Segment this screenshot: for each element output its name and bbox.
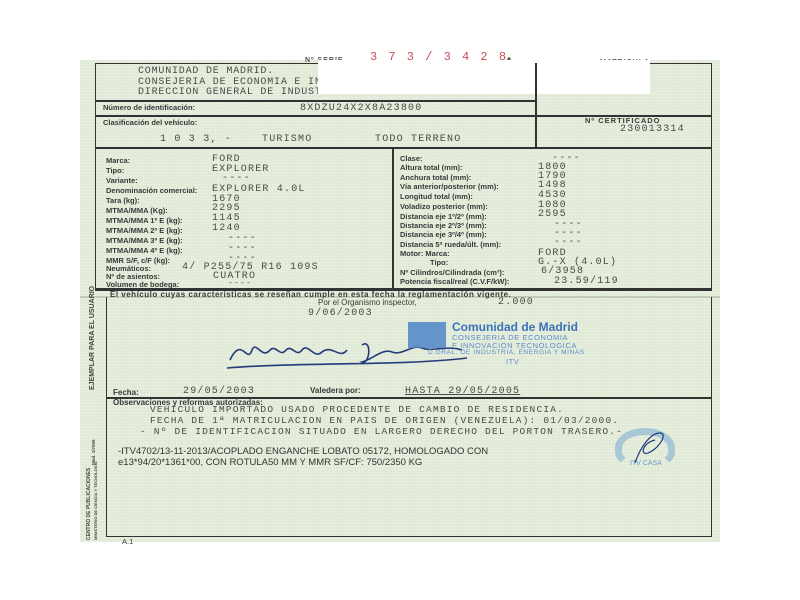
madrid-logo-icon <box>408 322 446 348</box>
divider <box>392 147 394 288</box>
field-label: Distancia eje 3º/4º (mm): <box>400 230 487 239</box>
inspector-code: 2.000 <box>498 297 534 308</box>
observation-line: VEHICULO IMPORTADO USADO PROCEDENTE DE C… <box>150 404 623 415</box>
itv-line: e13*94/20*1361*00, CON ROTULA50 MM Y MMR… <box>118 457 488 468</box>
field-label: Variante: <box>106 176 138 185</box>
field-label: Potencia fiscal/real (C.V.F/kW): <box>400 277 509 286</box>
observation-line: FECHA DE 1ª MATRICULACION EN PAIS DE ORI… <box>150 415 623 426</box>
field-label: Distancia 5ª rueda/últ. (mm): <box>400 240 501 249</box>
field-label: MTMA/MMA (Kg): <box>106 206 168 215</box>
certificate-value: 230013314 <box>620 124 685 135</box>
field-label: Longitud total (mm): <box>400 192 473 201</box>
itv-reform-text: -ITV4702/13-11-2013/ACOPLADO ENGANCHE LO… <box>118 446 488 468</box>
valedera-label: Valedera por: <box>310 386 361 395</box>
identification-label: Número de identificación: <box>103 103 195 112</box>
stamp-title: Comunidad de Madrid <box>452 320 578 334</box>
fecha-label: Fecha: <box>113 388 139 397</box>
footer-code: A.1 <box>122 537 133 546</box>
classification-type: TURISMO <box>262 134 312 145</box>
field-label: Distancia eje 2º/3º (mm): <box>400 221 487 230</box>
field-label: Volumen de bodega: <box>106 280 179 289</box>
divider <box>95 147 712 149</box>
identification-value: 8XDZU24X2X8A23800 <box>300 103 422 114</box>
field-label: Distancia eje 1º/2º (mm): <box>400 212 487 221</box>
itv-line: -ITV4702/13-11-2013/ACOPLADO ENGANCHE LO… <box>118 446 488 457</box>
field-label: Marca: <box>106 156 130 165</box>
classification-code: 1 0 3 3, - <box>160 134 232 145</box>
divider <box>535 63 537 147</box>
field-label: Denominación comercial: <box>106 186 197 195</box>
inspector-label: Por el Organismo inspector, <box>318 298 417 307</box>
inspection-date: 9/06/2003 <box>308 308 373 319</box>
official-stamp: Comunidad de Madrid CONSEJERIA DE ECONOM… <box>408 320 634 364</box>
field-label: Tara (kg): <box>106 196 140 205</box>
field-label: Altura total (mm): <box>400 163 463 172</box>
field-label: Clase: <box>400 154 423 163</box>
field-label: MTMA/MMA 1º E (kg): <box>106 216 183 225</box>
stamp-signature <box>630 428 670 468</box>
field-value-variante: ---- <box>222 173 251 184</box>
divider <box>95 100 535 102</box>
field-label: MTMA/MMA 4º E (kg): <box>106 246 183 255</box>
valedera-value: HASTA 29/05/2005 <box>405 386 520 397</box>
field-label: Vía anterior/posterior (mm): <box>400 182 499 191</box>
field-label: Nº Cilindros/Cilindrada (cm³): <box>400 268 504 277</box>
field-label: Motor: Marca: <box>400 249 450 258</box>
field-label: Tipo: <box>106 166 124 175</box>
fecha-value: 29/05/2003 <box>183 386 255 397</box>
publisher-label: CENTRO DE PUBLICACIONES <box>86 468 92 540</box>
compliance-statement: El vehículo cuyas características se res… <box>110 290 511 299</box>
redacted-area <box>318 60 650 94</box>
field-label: Voladizo posterior (mm): <box>400 202 488 211</box>
observation-line: - Nº DE IDENTIFICACION SITUADO EN LARGER… <box>140 426 623 437</box>
observations-text: VEHICULO IMPORTADO USADO PROCEDENTE DE C… <box>150 404 623 437</box>
field-label: MTMA/MMA 3º E (kg): <box>106 236 183 245</box>
field-label: MTMA/MMA 2º E (kg): <box>106 226 183 235</box>
field-value-bodega: ---- <box>228 279 252 288</box>
stamp-line: D.GRAL. DE INDUSTRIA, ENERGIA Y MINAS <box>428 349 585 356</box>
classification-label: Clasificación del vehículo: <box>103 118 197 127</box>
field-value-distancia-5-rueda: ---- <box>554 237 583 248</box>
field-label: Anchura total (mm): <box>400 173 471 182</box>
classification-body: TODO TERRENO <box>375 134 461 145</box>
copy-label: EJEMPLAR PARA EL USUARIO <box>89 286 96 390</box>
ministry-label: MINISTERIO DE CIENCIA Y TECNOLOGIA <box>93 461 98 540</box>
field-value-potencia: 23.59/119 <box>554 276 619 287</box>
stamp-line: ITV <box>506 357 519 366</box>
field-label: Tipo: <box>430 258 448 267</box>
